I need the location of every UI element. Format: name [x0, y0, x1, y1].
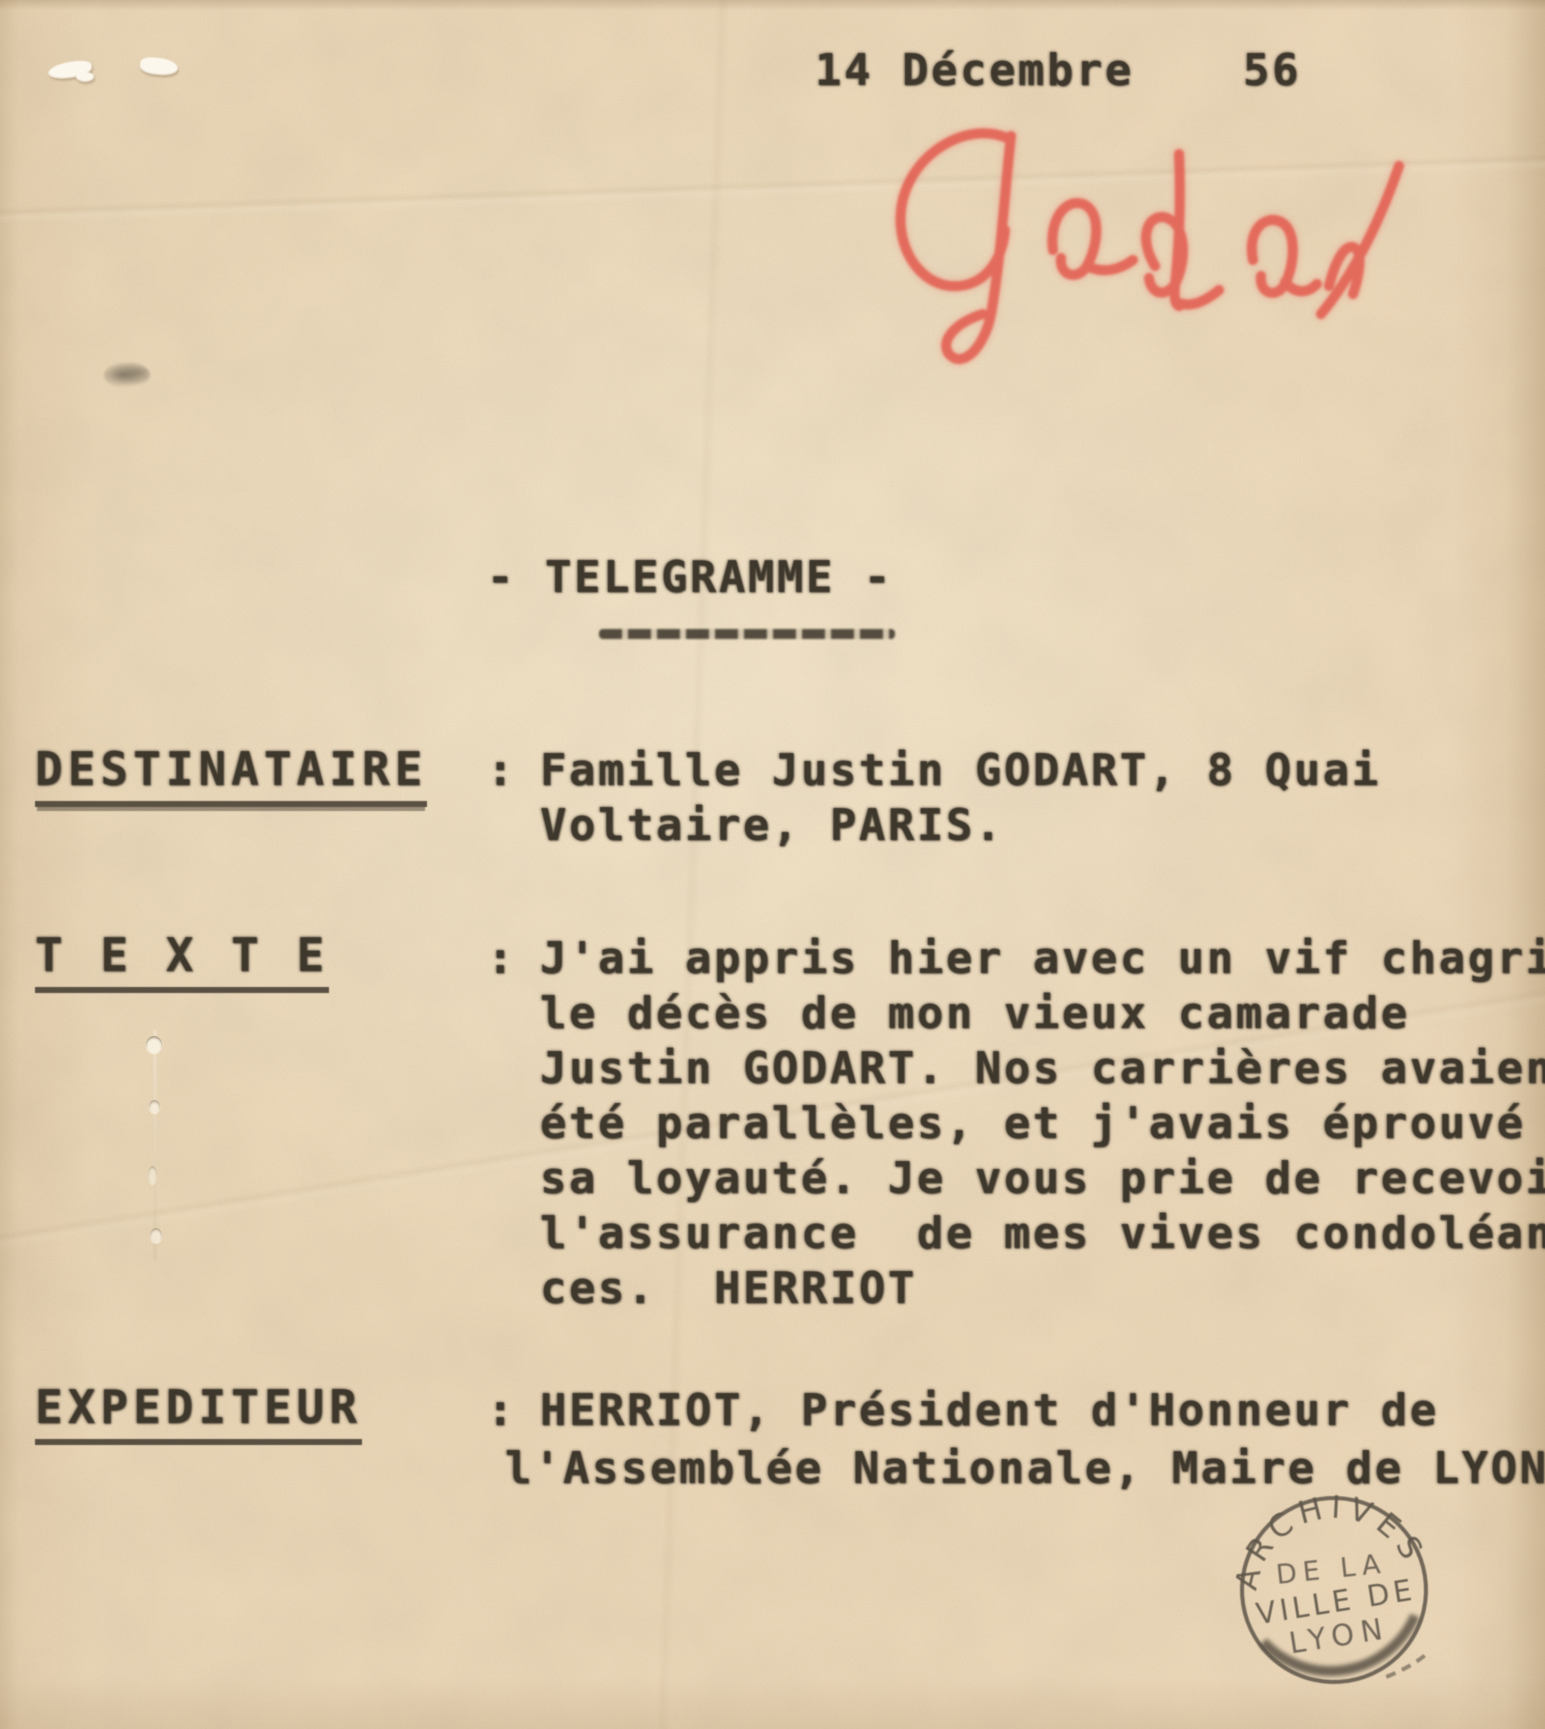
destinataire-line-2: Voltaire, PARIS.: [540, 800, 1004, 851]
texte-line-5: sa loyauté. Je vous prie de recevoir: [540, 1153, 1545, 1204]
texte-line-1: J'ai appris hier avec un vif chagrin: [540, 933, 1545, 984]
texte-line-7: ces. HERRIOT: [540, 1263, 917, 1314]
texte-line-6: l'assurance de mes vives condoléan-: [540, 1208, 1545, 1259]
title-dashed-rule: [599, 629, 895, 639]
staple-hole: [149, 1100, 160, 1113]
field-label-destinataire: DESTINATAIRE: [35, 742, 427, 807]
paper-chip: [76, 72, 94, 82]
document-title: - TELEGRAMME -: [487, 552, 893, 603]
archives-ville-de-lyon-stamp: ARCHIVES DE LA VILLE DE LYON: [1222, 1478, 1452, 1713]
scanned-telegram-page: 14 Décembre 56 Godart: [0, 0, 1545, 1729]
texte-line-4: été parallèles, et j'avais éprouvé: [540, 1098, 1526, 1149]
destinataire-line-1: Famille Justin GODART, 8 Quai: [540, 745, 1381, 796]
field-label-expediteur: EXPEDITEUR: [35, 1380, 362, 1445]
texte-line-3: Justin GODART. Nos carrières avaient: [540, 1043, 1545, 1094]
field-label-texte: T E X T E: [35, 928, 329, 993]
staple-hole: [146, 1036, 162, 1053]
handwritten-godart-annotation: Godart: [845, 118, 1415, 380]
staple-hole: [148, 1166, 157, 1184]
date-text: 14 Décembre: [815, 45, 1134, 96]
field-colon: :: [487, 745, 516, 796]
ink-smudge: [104, 362, 150, 388]
staple-hole: [150, 1228, 162, 1243]
staple-crease: [154, 1030, 156, 1260]
field-colon: :: [487, 1385, 516, 1436]
year-text: 56: [1243, 45, 1301, 96]
expediteur-line-1: HERRIOT, Président d'Honneur de: [540, 1385, 1439, 1436]
field-colon: :: [487, 933, 516, 984]
texte-line-2: le décès de mon vieux camarade: [540, 988, 1410, 1039]
